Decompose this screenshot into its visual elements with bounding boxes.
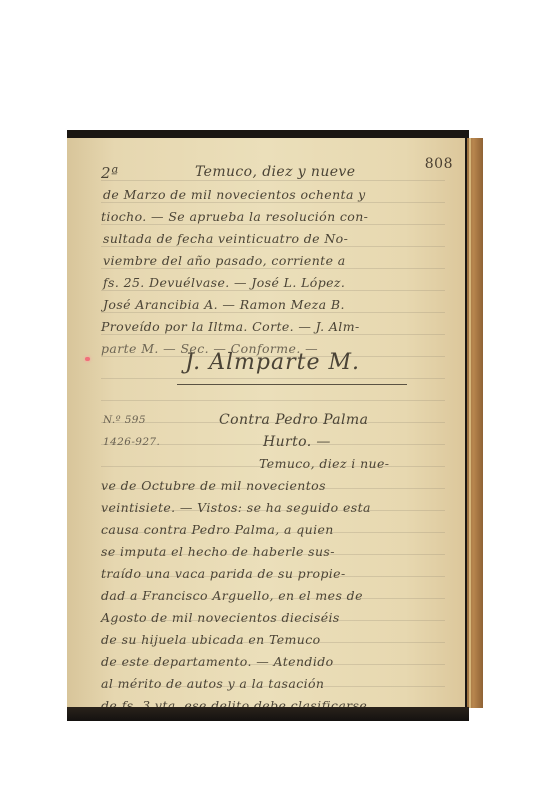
case-code: 1426-927. <box>103 436 160 448</box>
entry-1-line: tiocho. — Se aprueba la resolución con- <box>101 209 368 224</box>
entry-1-line: Proveído por la Iltma. Corte. — J. Alm- <box>101 319 360 334</box>
ruled-line <box>101 334 445 335</box>
case-title: Contra Pedro Palma <box>219 412 368 428</box>
entry-2-line: traído una vaca parida de su propie- <box>101 566 346 581</box>
entry-1-line: José Arancibia A. — Ramon Meza B. <box>103 297 345 312</box>
entry-2-line: ve de Octubre de mil novecientos <box>101 478 326 493</box>
ruled-line <box>101 312 445 313</box>
entry-1-line: fs. 25. Devuélvase. — José L. López. <box>103 275 345 290</box>
ruled-line <box>101 202 445 203</box>
entry-marker: 2ª <box>101 164 118 182</box>
case-number: N.º 595 <box>103 414 146 426</box>
book-shadow <box>67 707 469 721</box>
entry-1-line: viembre del año pasado, corriente a <box>103 253 346 268</box>
entry-2-line: causa contra Pedro Palma, a quien <box>101 522 334 537</box>
laser-pointer-dot <box>85 357 90 361</box>
ruled-line <box>101 224 445 225</box>
entry-2-line: al mérito de autos y a la tasación <box>101 676 324 691</box>
signature: J. Almparte M. <box>185 350 360 375</box>
page-number: 808 <box>425 156 453 172</box>
case-subtitle: Hurto. — <box>263 434 331 450</box>
ruled-line <box>101 378 445 379</box>
entry-1-line: Temuco, diez y nueve <box>195 164 355 180</box>
entry-1-line: de Marzo de mil novecientos ochenta y <box>103 187 366 202</box>
entry-1-line: sultada de fecha veinticuatro de No- <box>103 231 348 246</box>
entry-2-line: se imputa el hecho de haberle sus- <box>101 544 335 559</box>
ruled-line <box>101 180 445 181</box>
ruled-line <box>101 268 445 269</box>
ledger-page: 808 2ª Temuco, diez y nueve de Marzo de … <box>67 138 465 708</box>
entry-2-line: veintisiete. — Vistos: se ha seguido est… <box>101 500 371 515</box>
ruled-line <box>101 400 445 401</box>
entry-2-line: Agosto de mil novecientos dieciséis <box>101 610 340 625</box>
page-edge <box>467 138 483 708</box>
ledger-photo: 808 2ª Temuco, diez y nueve de Marzo de … <box>67 130 469 721</box>
signature-underline <box>177 384 407 385</box>
entry-2-line: de su hijuela ubicada en Temuco <box>101 632 321 647</box>
entry-2-line: Temuco, diez i nue- <box>259 456 389 471</box>
entry-2-line: de este departamento. — Atendido <box>101 654 334 669</box>
ruled-line <box>101 246 445 247</box>
entry-2-line: dad a Francisco Arguello, en el mes de <box>101 588 363 603</box>
ruled-line <box>101 290 445 291</box>
